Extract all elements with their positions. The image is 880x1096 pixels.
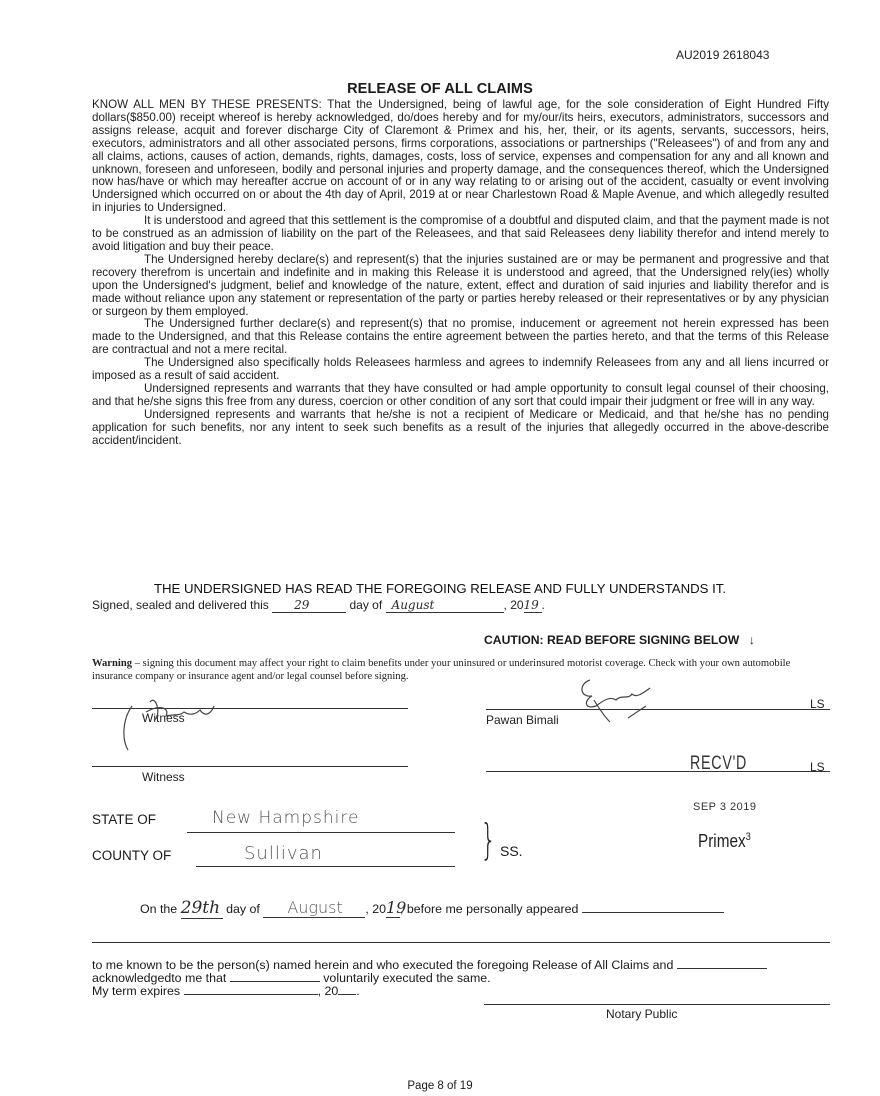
notary-ack-suffix: voluntarily executed the same. (323, 971, 490, 985)
notary-term-year-field[interactable] (338, 994, 356, 995)
notary-month-field[interactable]: August (263, 898, 365, 918)
warning-label: Warning (92, 658, 132, 669)
document-id: AU2019 2618043 (676, 48, 769, 62)
witness2-signature-line[interactable] (92, 766, 408, 767)
notary-day-field[interactable]: 29th (181, 898, 223, 919)
witness1-signature-icon (110, 686, 240, 756)
arrow-down-icon: ↓ (749, 633, 755, 647)
notary-term-label: My term expires (92, 984, 180, 998)
county-field-line (196, 866, 455, 867)
signed-line: Signed, sealed and delivered this 29 day… (92, 598, 545, 613)
signed-prefix: Signed, sealed and delivered this (92, 598, 269, 612)
county-field[interactable]: Sullivan (244, 843, 323, 864)
notary-term-year-prefix: , 20 (318, 984, 339, 998)
signer-name: Pawan Bimali (486, 713, 559, 727)
notary-year-field[interactable]: 19 (386, 898, 400, 918)
signed-year-prefix: , 20 (504, 598, 524, 612)
notary-acknowledgement: to me known to be the person(s) named he… (92, 959, 767, 998)
page-number: Page 8 of 19 (0, 1080, 880, 1092)
ls-label-1: LS (810, 697, 825, 711)
notary-term-end: . (356, 984, 359, 998)
warning-text: – signing this document may affect your … (92, 658, 790, 682)
notary-known-field[interactable] (677, 968, 767, 969)
signed-year-field[interactable]: 19 (524, 598, 542, 613)
paragraph-indemnify: The Undersigned also specifically holds … (92, 357, 829, 383)
brace-icon: } (480, 815, 496, 864)
notary-name-line[interactable] (92, 942, 830, 943)
notary-signature-line[interactable] (484, 1004, 830, 1005)
notary-on-the: On the (140, 902, 177, 916)
county-label: COUNTY OF (92, 848, 171, 863)
paragraph-legal-counsel: Undersigned represents and warrants that… (92, 383, 829, 409)
notary-appeared-name-field[interactable] (582, 912, 724, 913)
signed-month-field[interactable]: August (386, 598, 504, 613)
signed-day-of: day of (349, 598, 382, 612)
state-label: STATE OF (92, 812, 156, 827)
stamp-org-name: Primex (698, 831, 746, 851)
ss-label: SS. (500, 843, 523, 859)
notary-term-field[interactable] (184, 994, 318, 995)
state-field-line (187, 832, 455, 833)
notary-known-text: to me known to be the person(s) named he… (92, 958, 673, 972)
release-body: KNOW ALL MEN BY THESE PRESENTS: That the… (92, 99, 829, 447)
state-field[interactable]: New Hampshire (212, 808, 359, 828)
notary-ack-prefix: acknowledgedto me that (92, 971, 226, 985)
ls-label-2: LS (810, 760, 825, 774)
received-stamp: RECV'D (690, 753, 747, 775)
signed-day-field[interactable]: 29 (272, 598, 346, 613)
signed-end: . (542, 598, 545, 612)
notary-ack-field[interactable] (230, 981, 320, 982)
caution-heading: CAUTION: READ BEFORE SIGNING BELOW ↓ (484, 633, 755, 647)
notary-day-of: day of (226, 902, 260, 916)
received-stamp-date: SEP 3 2019 (693, 801, 757, 813)
paragraph-injuries: The Undersigned hereby declare(s) and re… (92, 254, 829, 319)
signer-signature-icon (570, 670, 680, 730)
paragraph-compromise: It is understood and agreed that this se… (92, 215, 829, 254)
notary-appeared: , before me personally appeared (400, 902, 578, 916)
warning-notice: Warning – signing this document may affe… (92, 657, 832, 683)
acknowledgement-statement: THE UNDERSIGNED HAS READ THE FOREGOING R… (0, 581, 880, 596)
paragraph-entire-agreement: The Undersigned further declare(s) and r… (92, 318, 829, 357)
paragraph-medicare: Undersigned represents and warrants that… (92, 409, 829, 448)
caution-text: CAUTION: READ BEFORE SIGNING BELOW (484, 633, 739, 647)
stamp-org-sup: 3 (746, 831, 751, 843)
notary-public-label: Notary Public (606, 1007, 677, 1021)
document-title: RELEASE OF ALL CLAIMS (0, 81, 880, 97)
paragraph-consideration: KNOW ALL MEN BY THESE PRESENTS: That the… (92, 99, 829, 215)
second-signature-line[interactable] (486, 771, 830, 772)
received-stamp-org: Primex3 (698, 831, 751, 852)
notary-year-prefix: , 20 (365, 902, 386, 916)
witness2-label: Witness (142, 770, 185, 784)
notary-appearance-line: On the 29th day of August, 2019, before … (140, 898, 724, 919)
